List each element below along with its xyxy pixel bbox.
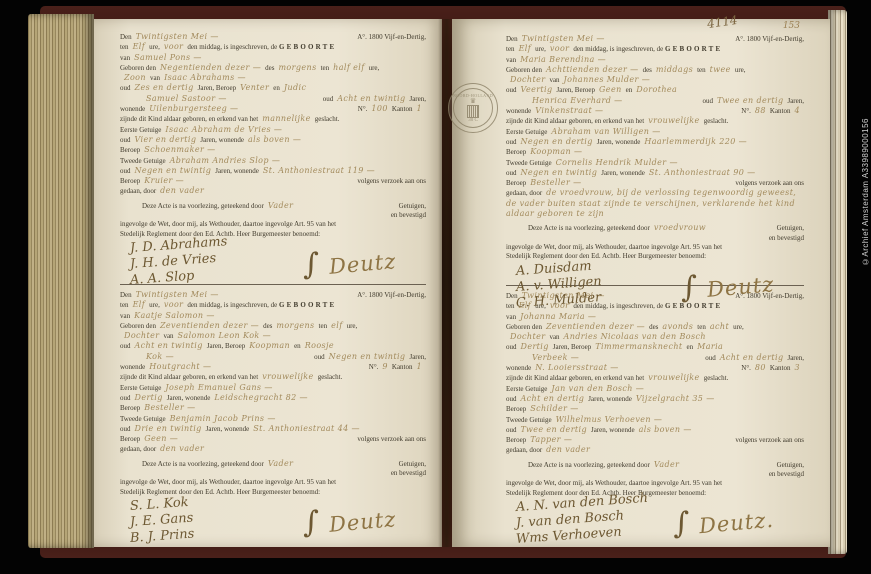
form-label-ten2: ten xyxy=(319,322,328,330)
entry-line-witness2-occupation: BeroepGeen — volgens verzoek aan ons xyxy=(120,434,426,444)
handwritten-mother-name-2: Henrica Everhard — xyxy=(532,96,623,105)
entry-line-witness1-occupation: BeroepSchoenmaker — xyxy=(120,145,426,155)
form-label-des: des xyxy=(649,323,658,331)
handwritten-father-occupation: Koopman xyxy=(249,341,290,350)
form-label-geslacht: geslacht. xyxy=(704,374,729,382)
handwritten-address: Vinkenstraat — xyxy=(535,106,603,115)
form-label-oud2: oud xyxy=(702,97,713,105)
handwritten-kanton: 3 xyxy=(795,363,801,372)
right-register-page: 4114 153 NOORD-HOLLAND ♛ 30 C DenTwintig… xyxy=(452,19,830,547)
entry-line-witness1-details: oudDertigJaren, wonendeLeidschegracht 82… xyxy=(120,393,426,403)
form-label-kanton: Kanton xyxy=(392,105,413,113)
handwritten-requested-by: den vader xyxy=(160,186,204,195)
handwritten-witness1-occupation: Schilder — xyxy=(530,404,578,413)
handwritten-address: N. Looiersstraat — xyxy=(535,363,618,372)
handwritten-witness2-name: Abraham Andries Slop — xyxy=(170,156,281,165)
form-label-jaren-beroep: Jaren, Beroep xyxy=(207,342,245,350)
handwritten-witness1-residence: Vijzelgracht 35 — xyxy=(636,394,715,403)
form-label-ure2: ure, xyxy=(733,323,744,331)
entry-line-gender: zijnde dit Kind aldaar geboren, en erken… xyxy=(120,114,426,124)
handwritten-witness1-occupation: Besteller — xyxy=(144,403,195,412)
entry-line-bevestigd: en bevestigd xyxy=(120,469,426,478)
left-page-entry-2: DenTwintigsten Mei — A°. 1800 Vijf-en-De… xyxy=(120,284,426,542)
form-label-jaren-wonende: Jaren, wonende xyxy=(200,136,244,144)
handwritten-witness1-age: Negen en dertig xyxy=(521,137,593,146)
form-label-ten2: ten xyxy=(697,66,706,74)
entry-line-witness2: Tweede GetuigeCornelis Hendrik Mulder — xyxy=(506,158,804,168)
handwritten-house-number: 88 xyxy=(755,106,766,115)
official-signature: Deutz xyxy=(328,250,397,280)
form-label-geboren-den: Geboren den xyxy=(506,323,542,331)
handwritten-father-age: Acht en twintig xyxy=(135,341,203,350)
form-label-jaren-wonende2: Jaren, wonende xyxy=(591,426,635,434)
form-label-kanton: Kanton xyxy=(770,107,791,115)
entry-line-acte: Deze Acte is na voorlezing, geteekend do… xyxy=(120,459,426,469)
form-label-oud2: oud xyxy=(705,354,716,362)
entry-line-father-details: oudDertigJaren, BeroepTimmermansknechten… xyxy=(506,342,804,352)
form-label-eerste-getuige: Eerste Getuige xyxy=(506,128,547,136)
handwritten-witness1-occupation: Schoenmaker — xyxy=(144,145,215,154)
form-label-jaren-wonende: Jaren, wonende xyxy=(167,394,211,402)
handwritten-witness2-occupation: Kruier — xyxy=(144,176,184,185)
handwritten-requested-by: de vroedvrouw, bij de verlossing tegenwo… xyxy=(506,188,796,218)
form-label-acte: Deze Acte is na voorlezing, geteekend do… xyxy=(528,224,650,232)
entry-line-mother: Kok — oudNegen en twintigJaren, xyxy=(120,352,426,362)
form-label-zijnde: zijnde dit Kind aldaar geboren, en erken… xyxy=(506,374,644,382)
form-label-geboorte: GEBOORTE xyxy=(665,45,722,53)
handwritten-gender: vrouwelijke xyxy=(262,372,313,381)
entry-line-witness1-occupation: BeroepKoopman — xyxy=(506,147,804,157)
handwritten-mother-name-2: Verbeek — xyxy=(532,353,579,362)
form-label-getuigen: Getuigen, xyxy=(399,202,426,211)
official-signature: Deutz. xyxy=(698,508,775,538)
party-signatures: J. D. Abrahams J. H. de Vries A. A. Slop xyxy=(130,241,293,288)
ink-flourish: ∫ xyxy=(303,505,319,540)
form-label-geboorte: GEBOORTE xyxy=(279,301,336,309)
form-label-jaren-wonende2: Jaren, wonende xyxy=(206,425,250,433)
signature-block: S. L. Kok J. E. Gans B. J. Prins ∫ Deutz xyxy=(120,497,426,554)
form-label-oud3: oud xyxy=(120,394,131,402)
form-label-gedaan-door: gedaan, door xyxy=(120,445,156,453)
form-label-tweede-getuige: Tweede Getuige xyxy=(506,159,552,167)
handwritten-house-number: 100 xyxy=(371,104,387,113)
entry-line-witness1: Eerste GetuigeAbraham van Willigen — xyxy=(506,127,804,137)
form-label-oud2: oud xyxy=(323,95,334,103)
handwritten-time: Elf xyxy=(519,44,532,53)
archive-watermark: ©Archief Amsterdam A33989000156 xyxy=(861,118,870,266)
handwritten-witness2-name: Benjamin Jacob Prins — xyxy=(170,414,276,423)
entry-line-father-details: oudZes en dertigJaren, BeroepVenterenJud… xyxy=(120,83,426,93)
form-label-van: van xyxy=(120,54,130,62)
handwritten-gender: vrouwelijke xyxy=(648,373,699,382)
form-label-tweede-getuige: Tweede Getuige xyxy=(120,157,166,165)
form-label-van: van xyxy=(506,313,516,321)
entry-line-born: Geboren denZeventienden dezer —desmorgen… xyxy=(120,321,426,331)
form-label-beroep1: Beroep xyxy=(506,148,526,156)
form-label-beroep1: Beroep xyxy=(120,404,140,412)
handwritten-father-occupation: Timmermansknecht xyxy=(595,342,682,351)
entry-line-time: tenElfure,voorden middag, is ingeschreve… xyxy=(120,300,426,310)
form-label-volgens: volgens verzoek aan ons xyxy=(357,177,426,186)
entry-line-ingevolge: ingevolge de Wet, door mij, als Wethoude… xyxy=(120,478,426,487)
entry-line-born: Geboren denZeventienden dezer —desavonds… xyxy=(506,322,804,332)
form-label-no: N°. xyxy=(741,364,751,372)
entry-line-witness2-details: oudDrie en twintigJaren, wonendeSt. Anth… xyxy=(120,424,426,434)
form-label-getuigen: Getuigen, xyxy=(777,461,804,470)
form-label-kanton: Kanton xyxy=(770,364,791,372)
form-label-van2: van xyxy=(150,74,160,82)
form-label-acte: Deze Acte is na voorlezing, geteekend do… xyxy=(142,202,264,210)
form-label-en: en xyxy=(273,84,280,92)
form-label-jaren-wonende2: Jaren, wonende xyxy=(601,169,645,177)
form-label-ingevolge: ingevolge de Wet, door mij, als Wethoude… xyxy=(120,478,336,487)
handwritten-child-name: Kaatje Salomon — xyxy=(134,311,215,320)
handwritten-address: Houtgracht — xyxy=(149,362,211,371)
form-label-jaren-beroep: Jaren, Beroep xyxy=(553,343,591,351)
handwritten-date: Twintigsten Mei — xyxy=(136,32,219,41)
handwritten-witness2-residence: St. Anthoniestraat 119 — xyxy=(263,166,375,175)
form-label-jaren-wonende: Jaren, wonende xyxy=(597,138,641,146)
form-label-beroep2: Beroep xyxy=(120,177,140,185)
form-label-beroep1: Beroep xyxy=(506,405,526,413)
handwritten-period: voor xyxy=(164,300,184,309)
handwritten-birth-date: Negentienden dezer — xyxy=(160,63,261,72)
handwritten-signed-by: vroedvrouw xyxy=(654,223,706,232)
entry-line-requested-by: gedaan, doorden vader xyxy=(506,445,804,455)
handwritten-witness1-residence: als boven — xyxy=(248,135,301,144)
register-book-photo: DenTwintigsten Mei — A°. 1800 Vijf-en-De… xyxy=(0,0,871,574)
handwritten-witness1-age: Dertig xyxy=(135,393,163,402)
handwritten-father-name: Salomon Leon Kok — xyxy=(178,331,271,340)
form-label-eerste-getuige: Eerste Getuige xyxy=(120,384,161,392)
handwritten-signed-by: Vader xyxy=(654,460,680,469)
form-label-zijnde: zijnde dit Kind aldaar geboren, en erken… xyxy=(506,117,644,125)
form-label-ure: ure, xyxy=(149,43,160,51)
entry-line-bevestigd: en bevestigd xyxy=(120,211,426,220)
handwritten-signed-by: Vader xyxy=(268,459,294,468)
entry-line-date: DenTwintigsten Mei — A°. 1800 Vijf-en-De… xyxy=(120,290,426,300)
handwritten-witness2-age: Negen en twintig xyxy=(521,168,598,177)
handwritten-relation: Dochter xyxy=(124,331,159,340)
form-label-volgens: volgens verzoek aan ons xyxy=(735,179,804,188)
form-label-van2: van xyxy=(549,76,559,84)
handwritten-mother-name-2: Samuel Sastoor — xyxy=(146,94,227,103)
handwritten-father-occupation: Venter xyxy=(240,83,269,92)
form-label-wonende: wonende xyxy=(120,105,145,113)
form-label-geslacht: geslacht. xyxy=(318,373,343,381)
form-label-oud: oud xyxy=(506,343,517,351)
left-page-edges xyxy=(28,14,94,548)
form-label-ure: ure, xyxy=(535,45,546,53)
entry-line-witness2-occupation: BeroepBesteller — volgens verzoek aan on… xyxy=(506,178,804,188)
form-label-ure2: ure, xyxy=(735,66,746,74)
signature-block: J. D. Abrahams J. H. de Vries A. A. Slop… xyxy=(120,239,426,296)
right-page-entry-1: DenTwintigsten Mei — A°. 1800 Vijf-en-De… xyxy=(506,29,804,285)
entry-line-date: DenTwintigsten Mei — A°. 1800 Vijf-en-De… xyxy=(120,32,426,42)
handwritten-witness1-age: Vier en dertig xyxy=(135,135,197,144)
official-signature: Deutz xyxy=(328,508,397,538)
form-label-zijnde: zijnde dit Kind aldaar geboren, en erken… xyxy=(120,373,258,381)
form-label-volgens: volgens verzoek aan ons xyxy=(357,435,426,444)
entry-line-witness1-details: oudVier en dertigJaren, wonendeals boven… xyxy=(120,135,426,145)
entry-line-child: vanKaatje Salomon — xyxy=(120,311,426,321)
handwritten-birth-hour: acht xyxy=(710,322,729,331)
form-label-en: en xyxy=(687,343,694,351)
handwritten-period: voor xyxy=(550,44,570,53)
handwritten-mother-age: Twee en dertig xyxy=(717,96,784,105)
handwritten-child-name: Samuel Pons — xyxy=(134,53,202,62)
form-label-oud3: oud xyxy=(120,136,131,144)
form-label-des: des xyxy=(643,66,652,74)
entry-line-requested-by: gedaan, doorden vader xyxy=(120,186,426,196)
handwritten-father-name: Isaac Abrahams — xyxy=(164,73,246,82)
form-label-van: van xyxy=(506,56,516,64)
handwritten-house-number: 9 xyxy=(382,362,388,371)
handwritten-witness2-age: Twee en dertig xyxy=(521,425,588,434)
form-label-en-bevestigd: en bevestigd xyxy=(769,470,804,479)
entry-line-witness1-occupation: BeroepBesteller — xyxy=(120,403,426,413)
handwritten-witness1-occupation: Koopman — xyxy=(530,147,582,156)
form-label-oud: oud xyxy=(120,342,131,350)
entry-line-born: Geboren denNegentienden dezer —desmorgen… xyxy=(120,63,426,73)
form-label-gedaan-door: gedaan, door xyxy=(506,446,542,454)
handwritten-house-number: 80 xyxy=(755,363,766,372)
form-label-geboren-den: Geboren den xyxy=(120,322,156,330)
form-label-oud: oud xyxy=(506,86,517,94)
year-label: A°. 1800 Vijf-en-Dertig, xyxy=(357,291,426,300)
form-label-ten: ten xyxy=(120,43,129,51)
entry-line-witness1-details: oudNegen en dertigJaren, wonendeHaarlemm… xyxy=(506,137,804,147)
entry-line-mother: Verbeek — oudAcht en dertigJaren, xyxy=(506,353,804,363)
handwritten-witness2-residence: St. Anthoniestraat 90 — xyxy=(649,168,756,177)
entry-line-father: DochtervanJohannes Mulder — xyxy=(506,75,804,85)
handwritten-day-part: avonds xyxy=(662,322,693,331)
handwritten-period: voor xyxy=(164,42,184,51)
ink-flourish: ∫ xyxy=(303,247,319,282)
handwritten-father-name: Andries Nicolaas van den Bosch xyxy=(564,332,706,341)
entry-line-witness1-occupation: BeroepSchilder — xyxy=(506,404,804,414)
form-label-den: Den xyxy=(120,33,132,41)
form-label-oud: oud xyxy=(120,84,131,92)
handwritten-father-age: Zes en dertig xyxy=(135,83,194,92)
entry-line-gender: zijnde dit Kind aldaar geboren, en erken… xyxy=(120,372,426,382)
entry-line-bevestigd: en bevestigd xyxy=(506,234,804,243)
form-label-oud4: oud xyxy=(120,167,131,175)
handwritten-child-name: Johanna Maria — xyxy=(520,312,596,321)
entry-line-child: vanMaria Berendina — xyxy=(506,55,804,65)
form-label-en: en xyxy=(294,342,301,350)
handwritten-mother-age: Acht en dertig xyxy=(720,353,784,362)
entry-line-bevestigd: en bevestigd xyxy=(506,470,804,479)
entry-line-mother: Henrica Everhard — oudTwee en dertigJare… xyxy=(506,96,804,106)
handwritten-mother-name-1: Roosje xyxy=(305,341,334,350)
form-label-wonende: wonende xyxy=(506,364,531,372)
handwritten-date: Twintigsten Mei — xyxy=(136,290,219,299)
handwritten-child-name: Maria Berendina — xyxy=(520,55,606,64)
form-label-eerste-getuige: Eerste Getuige xyxy=(506,385,547,393)
form-label-kanton: Kanton xyxy=(392,363,413,371)
form-label-eerste-getuige: Eerste Getuige xyxy=(120,126,161,134)
handwritten-date: Twintigsten Mei — xyxy=(522,34,605,43)
right-page-edges xyxy=(828,10,847,554)
party-signatures: S. L. Kok J. E. Gans B. J. Prins xyxy=(130,499,293,546)
form-label-des: des xyxy=(263,322,272,330)
form-label-jaren-wonende: Jaren, wonende xyxy=(588,395,632,403)
form-label-wonende: wonende xyxy=(120,363,145,371)
entry-line-father: DochtervanSalomon Leon Kok — xyxy=(120,331,426,341)
entry-line-witness2: Tweede GetuigeWilhelmus Verhoeven — xyxy=(506,415,804,425)
handwritten-mother-name-2: Kok — xyxy=(146,352,174,361)
handwritten-birth-hour: twee xyxy=(710,65,731,74)
form-label-no: N°. xyxy=(369,363,379,371)
handwritten-gender: mannelijke xyxy=(262,114,311,123)
entry-line-acte: Deze Acte is na voorlezing, geteekend do… xyxy=(506,460,804,470)
handwritten-witness1-residence: Leidschegracht 82 — xyxy=(214,393,308,402)
entry-line-mother: Samuel Sastoor — oudAcht en twintigJaren… xyxy=(120,94,426,104)
form-label-jaren-beroep: Jaren, Beroep xyxy=(198,84,236,92)
revenue-stamp: NOORD-HOLLAND ♛ 30 C xyxy=(448,83,498,133)
form-label-oud4: oud xyxy=(120,425,131,433)
handwritten-signed-by: Vader xyxy=(268,201,294,210)
form-label-ten2: ten xyxy=(321,64,330,72)
handwritten-mother-name-1: Dorothea xyxy=(636,85,677,94)
form-label-en-bevestigd: en bevestigd xyxy=(769,234,804,243)
form-label-acte: Deze Acte is na voorlezing, geteekend do… xyxy=(528,461,650,469)
form-label-jaren-beroep: Jaren, Beroep xyxy=(557,86,595,94)
handwritten-day-part: middags xyxy=(656,65,693,74)
handwritten-birth-date: Zeventienden dezer — xyxy=(546,322,645,331)
handwritten-witness1-residence: Haarlemmerdijk 220 — xyxy=(644,137,747,146)
entry-line-ingevolge: ingevolge de Wet, door mij, als Wethoude… xyxy=(506,479,804,488)
entry-line-father: ZoonvanIsaac Abrahams — xyxy=(120,73,426,83)
form-label-jaren-wonende2: Jaren, wonende xyxy=(215,167,259,175)
handwritten-father-occupation: Geen xyxy=(599,85,622,94)
form-label-oud3: oud xyxy=(506,138,517,146)
entry-line-address: wonendeVinkenstraat — N°.88Kanton4 xyxy=(506,106,804,116)
handwritten-witness2-name: Wilhelmus Verhoeven — xyxy=(556,415,663,424)
entry-line-witness2-details: oudNegen en twintigJaren, wonendeSt. Ant… xyxy=(120,166,426,176)
entry-line-child: vanJohanna Maria — xyxy=(506,312,804,322)
form-label-volgens: volgens verzoek aan ons xyxy=(735,436,804,445)
form-label-geslacht: geslacht. xyxy=(315,115,340,123)
handwritten-kanton: 1 xyxy=(417,362,423,371)
form-label-gedaan-door: gedaan, door xyxy=(506,189,542,197)
entry-line-witness1: Eerste GetuigeIsaac Abraham de Vries — xyxy=(120,125,426,135)
entry-line-date: DenTwintigsten Mei — A°. 1800 Vijf-en-De… xyxy=(506,34,804,44)
form-label-en-bevestigd: en bevestigd xyxy=(391,211,426,220)
handwritten-day-part: morgens xyxy=(276,321,314,330)
form-label-ure2: ure, xyxy=(369,64,380,72)
entry-line-acte: Deze Acte is na voorlezing, geteekend do… xyxy=(506,223,804,233)
form-label-van2: van xyxy=(163,332,173,340)
form-label-beroep1: Beroep xyxy=(120,146,140,154)
entry-line-witness2: Tweede GetuigeBenjamin Jacob Prins — xyxy=(120,414,426,424)
entry-line-requested-by: gedaan, doorde vroedvrouw, bij de verlos… xyxy=(506,188,804,219)
handwritten-witness1-age: Acht en dertig xyxy=(521,394,585,403)
handwritten-father-age: Dertig xyxy=(521,342,549,351)
form-label-den: Den xyxy=(506,35,518,43)
entry-line-witness1-details: oudAcht en dertigJaren, wonendeVijzelgra… xyxy=(506,394,804,404)
form-label-jaren: Jaren, xyxy=(787,354,804,362)
entry-line-witness2: Tweede GetuigeAbraham Andries Slop — xyxy=(120,156,426,166)
form-label-wonende: wonende xyxy=(506,107,531,115)
entry-line-ingevolge: ingevolge de Wet, door mij, als Wethoude… xyxy=(506,243,804,252)
left-page-entry-1: DenTwintigsten Mei — A°. 1800 Vijf-en-De… xyxy=(120,27,426,284)
form-label-ten2: ten xyxy=(697,323,706,331)
entry-line-gender: zijnde dit Kind aldaar geboren, en erken… xyxy=(506,116,804,126)
handwritten-mother-name-1: Judic xyxy=(284,83,307,92)
form-label-gedaan-door: gedaan, door xyxy=(120,187,156,195)
entry-line-acte: Deze Acte is na voorlezing, geteekend do… xyxy=(120,201,426,211)
handwritten-gender: vrouwelijke xyxy=(648,116,699,125)
signature-block: A. N. van den Bosch J. van den Bosch Wms… xyxy=(506,498,804,555)
entry-line-father: DochtervanAndries Nicolaas van den Bosch xyxy=(506,332,804,342)
form-label-van2: van xyxy=(549,333,559,341)
handwritten-witness2-residence: als boven — xyxy=(639,425,692,434)
form-label-jaren: Jaren, xyxy=(787,97,804,105)
folio-number: 153 xyxy=(783,21,800,31)
handwritten-birth-date: Zeventienden dezer — xyxy=(160,321,259,330)
handwritten-witness2-residence: St. Anthoniestraat 44 — xyxy=(253,424,360,433)
entry-line-gender: zijnde dit Kind aldaar geboren, en erken… xyxy=(506,373,804,383)
handwritten-father-age: Veertig xyxy=(521,85,553,94)
form-label-getuigen: Getuigen, xyxy=(399,460,426,469)
entry-line-address: wonendeHoutgracht — N°.9Kanton1 xyxy=(120,362,426,372)
form-label-beroep2: Beroep xyxy=(120,435,140,443)
handwritten-relation: Dochter xyxy=(510,332,545,341)
handwritten-birth-date: Achttienden dezer — xyxy=(546,65,639,74)
form-label-oud4: oud xyxy=(506,426,517,434)
entry-line-witness2-occupation: BeroepTapper — volgens verzoek aan ons xyxy=(506,435,804,445)
form-label-tweede-getuige: Tweede Getuige xyxy=(120,415,166,423)
left-register-page: DenTwintigsten Mei — A°. 1800 Vijf-en-De… xyxy=(94,19,442,547)
form-label-tweede-getuige: Tweede Getuige xyxy=(506,416,552,424)
handwritten-witness2-name: Cornelis Hendrik Mulder — xyxy=(556,158,678,167)
form-label-des: des xyxy=(265,64,274,72)
entry-line-address: wonendeUilenburgersteeg — N°.100Kanton1 xyxy=(120,104,426,114)
form-label-middag: den middag, is ingeschreven, de xyxy=(187,43,277,51)
form-label-getuigen: Getuigen, xyxy=(777,224,804,233)
handwritten-day-part: morgens xyxy=(278,63,316,72)
birth-record-entry: DenTwintigsten Mei — A°. 1800 Vijf-en-De… xyxy=(120,27,426,156)
handwritten-father-name: Johannes Mulder — xyxy=(564,75,651,84)
form-label-ten: ten xyxy=(506,302,515,310)
entry-line-time: tenElfure,voorden middag, is ingeschreve… xyxy=(506,44,804,54)
handwritten-witness1-name: Abraham van Willigen — xyxy=(551,127,660,136)
form-label-geslacht: geslacht. xyxy=(704,117,729,125)
form-label-van: van xyxy=(120,312,130,320)
handwritten-birth-hour: half elf xyxy=(333,63,364,72)
entry-line-address: wonendeN. Looiersstraat — N°.80Kanton3 xyxy=(506,363,804,373)
entry-line-witness1: Eerste GetuigeJoseph Emanuel Gans — xyxy=(120,383,426,393)
form-label-zijnde: zijnde dit Kind aldaar geboren, en erken… xyxy=(120,115,258,123)
form-label-oud4: oud xyxy=(506,169,517,177)
handwritten-birth-hour: elf xyxy=(331,321,342,330)
form-label-middag: den middag, is ingeschreven, de xyxy=(187,301,277,309)
form-label-ingevolge: ingevolge de Wet, door mij, als Wethoude… xyxy=(506,479,722,488)
form-label-middag: den middag, is ingeschreven, de xyxy=(573,45,663,53)
form-label-ten: ten xyxy=(506,45,515,53)
entry-line-witness1: Eerste GetuigeJan van den Bosch — xyxy=(506,384,804,394)
stamp-ring xyxy=(453,88,493,128)
handwritten-witness2-age: Negen en twintig xyxy=(135,166,212,175)
handwritten-requested-by: den vader xyxy=(160,444,204,453)
form-label-no: N°. xyxy=(741,107,751,115)
handwritten-witness2-occupation: Tapper — xyxy=(530,435,572,444)
birth-record-entry: DenTwintigsten Mei — A°. 1800 Vijf-en-De… xyxy=(120,285,426,414)
entry-line-father-details: oudVeertigJaren, BeroepGeenenDorothea xyxy=(506,85,804,95)
form-label-acte: Deze Acte is na voorlezing, geteekend do… xyxy=(142,460,264,468)
